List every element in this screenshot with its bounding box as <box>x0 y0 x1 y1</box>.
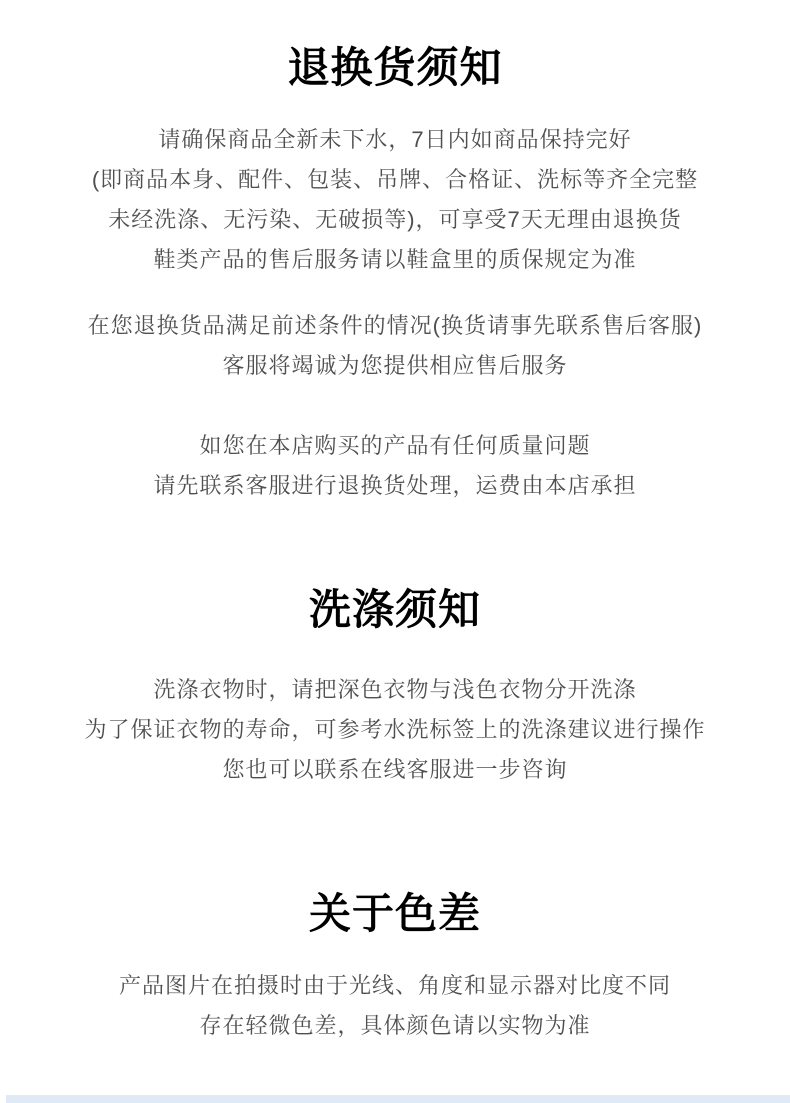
product-notice-page: 退换货须知 请确保商品全新未下水，7日内如商品保持完好 (即商品本身、配件、包装… <box>0 0 790 1103</box>
footer-accent-bar <box>6 1095 790 1103</box>
notice-line: 如您在本店购买的产品有任何质量问题 <box>0 426 790 466</box>
notice-line: 请先联系客服进行退换货处理，运费由本店承担 <box>0 466 790 506</box>
notice-line: 产品图片在拍摄时由于光线、角度和显示器对比度不同 <box>0 966 790 1006</box>
notice-line: 客服将竭诚为您提供相应售后服务 <box>0 346 790 386</box>
notice-line: 鞋类产品的售后服务请以鞋盒里的质保规定为准 <box>0 240 790 280</box>
notice-line: 请确保商品全新未下水，7日内如商品保持完好 <box>0 120 790 160</box>
notice-line: 存在轻微色差，具体颜色请以实物为准 <box>0 1006 790 1046</box>
return-policy-paragraph-3: 如您在本店购买的产品有任何质量问题 请先联系客服进行退换货处理，运费由本店承担 <box>0 426 790 506</box>
notice-line: (即商品本身、配件、包装、吊牌、合格证、洗标等齐全完整 <box>0 160 790 200</box>
washing-notice-paragraph: 洗涤衣物时，请把深色衣物与浅色衣物分开洗涤 为了保证衣物的寿命，可参考水洗标签上… <box>0 670 790 790</box>
return-policy-paragraph-2: 在您退换货品满足前述条件的情况(换货请事先联系售后客服) 客服将竭诚为您提供相应… <box>0 306 790 386</box>
notice-line: 您也可以联系在线客服进一步咨询 <box>0 750 790 790</box>
section-heading-return-policy: 退换货须知 <box>0 0 790 92</box>
section-heading-color-difference: 关于色差 <box>0 890 790 938</box>
color-difference-paragraph: 产品图片在拍摄时由于光线、角度和显示器对比度不同 存在轻微色差，具体颜色请以实物… <box>0 966 790 1046</box>
notice-line: 未经洗涤、无污染、无破损等)，可享受7天无理由退换货 <box>0 200 790 240</box>
notice-line: 在您退换货品满足前述条件的情况(换货请事先联系售后客服) <box>0 306 790 346</box>
section-heading-washing-notice: 洗涤须知 <box>0 586 790 634</box>
notice-line: 为了保证衣物的寿命，可参考水洗标签上的洗涤建议进行操作 <box>0 710 790 750</box>
return-policy-paragraph-1: 请确保商品全新未下水，7日内如商品保持完好 (即商品本身、配件、包装、吊牌、合格… <box>0 120 790 280</box>
notice-line: 洗涤衣物时，请把深色衣物与浅色衣物分开洗涤 <box>0 670 790 710</box>
